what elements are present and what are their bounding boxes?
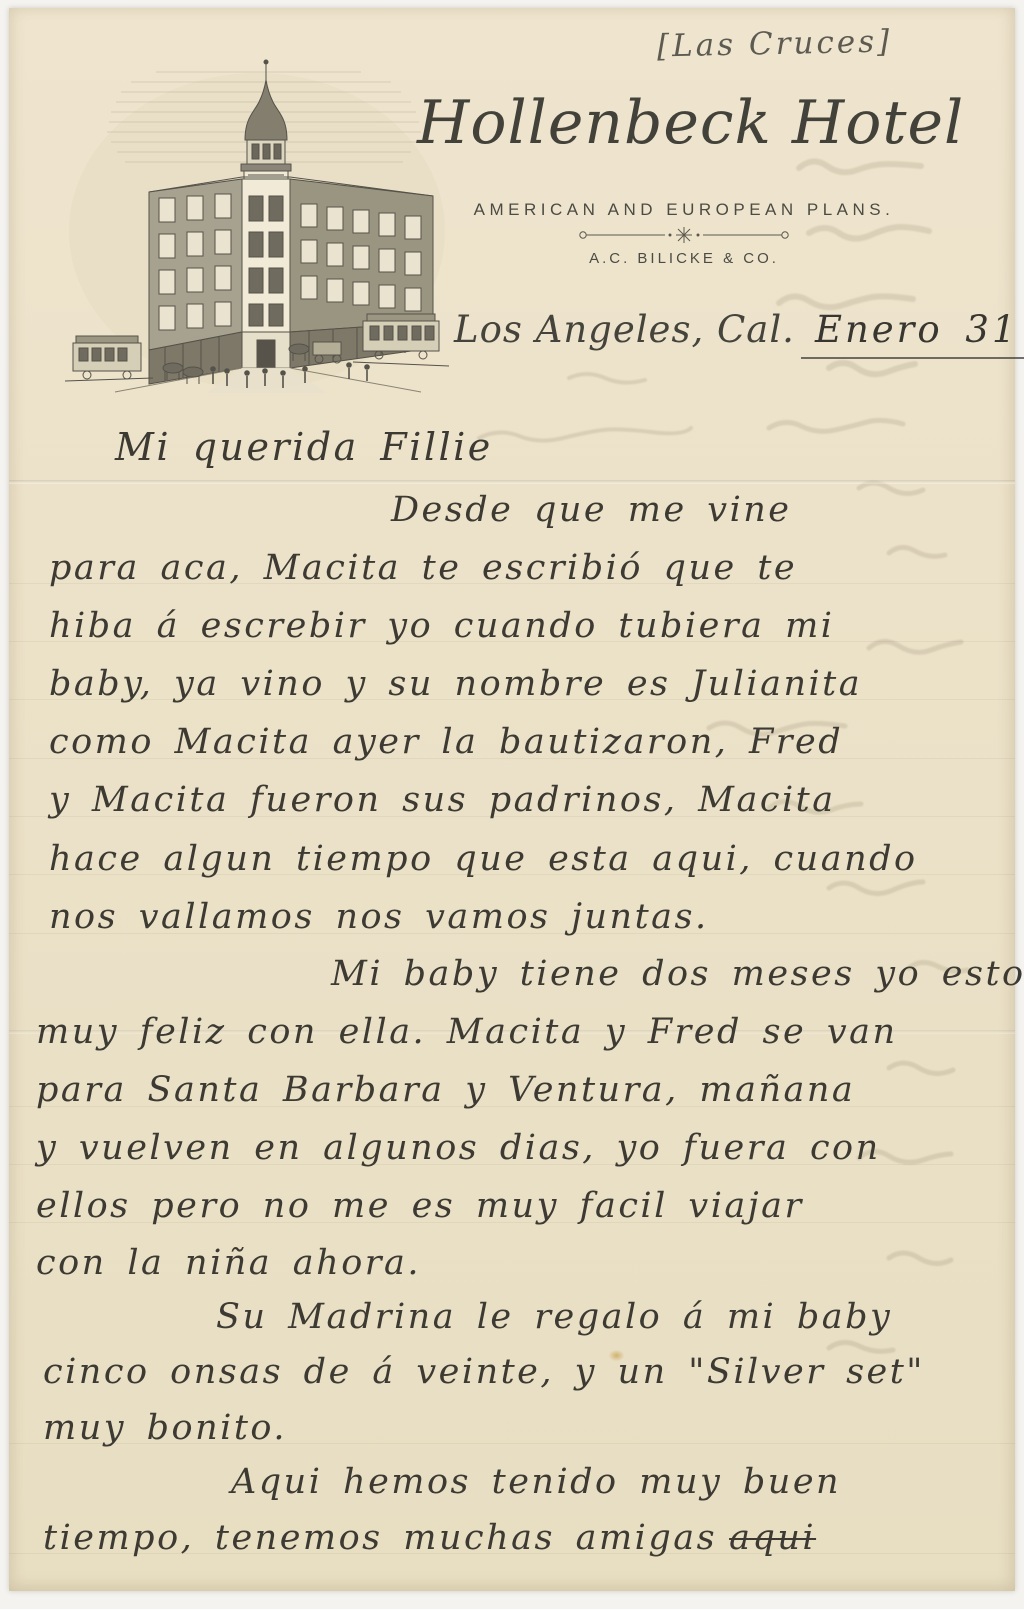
letter-line: baby, ya vino y su nombre es Julianita [49, 664, 862, 704]
letter-line: tiempo, tenemos muchas amigasaqui [43, 1518, 816, 1558]
letter-line: nos vallamos nos vamos juntas. [49, 897, 709, 937]
letter-line: para Santa Barbara y Ventura, mañana [36, 1070, 855, 1110]
ornament-divider [569, 226, 799, 244]
letter-line: muy bonito. [43, 1408, 287, 1448]
date-day-month: Enero 31 [815, 308, 1019, 351]
letter-line: cinco onsas de á veinte, y un "Silver se… [43, 1352, 925, 1392]
letter-line: Aqui hemos tenido muy buen [231, 1462, 841, 1502]
letter-line: hace algun tiempo que esta aqui, cuando [49, 839, 918, 879]
letter-line-text: tiempo, tenemos muchas amigas [43, 1518, 717, 1558]
salutation: Mi querida Fillie [115, 425, 493, 469]
letter-line: con la niña ahora. [36, 1243, 421, 1283]
letter-line: y Macita fueron sus padrinos, Macita [49, 780, 836, 820]
plans-line: AMERICAN AND EUROPEAN PLANS. [417, 200, 951, 220]
hotel-name: Hollenbeck Hotel [417, 88, 951, 158]
company-line: A.C. BILICKE & CO. [417, 250, 951, 267]
struck-word: aqui [729, 1518, 816, 1558]
printed-place: Los Angeles, Cal. [454, 308, 795, 351]
handwritten-date: Enero 31 de″ 1900 [801, 308, 1024, 359]
letter-line: como Macita ayer la bautizaron, Fred [49, 722, 843, 762]
scan-background: [Las Cruces] [0, 0, 1024, 1609]
fold-crease [9, 480, 1015, 484]
letter-line: para aca, Macita te escribió que te [49, 548, 797, 588]
letter-line: muy feliz con ella. Macita y Fred se van [36, 1012, 898, 1052]
letter-line: hiba á escrebir yo cuando tubiera mi [49, 606, 834, 646]
letter-line: Su Madrina le regalo á mi baby [216, 1297, 892, 1337]
hotel-engraving [61, 46, 453, 394]
letter-line: Mi baby tiene dos meses yo estoy [331, 954, 1024, 994]
letter-line: Desde que me vine [391, 490, 792, 530]
dateline: Los Angeles, Cal.Enero 31 de″ 1900 [454, 308, 1024, 359]
handwritten-annotation: [Las Cruces] [657, 24, 893, 65]
letter-line: y vuelven en algunos dias, yo fuera con [36, 1128, 881, 1168]
letter-paper: [Las Cruces] [9, 8, 1015, 1591]
letter-line: ellos pero no me es muy facil viajar [36, 1186, 804, 1226]
